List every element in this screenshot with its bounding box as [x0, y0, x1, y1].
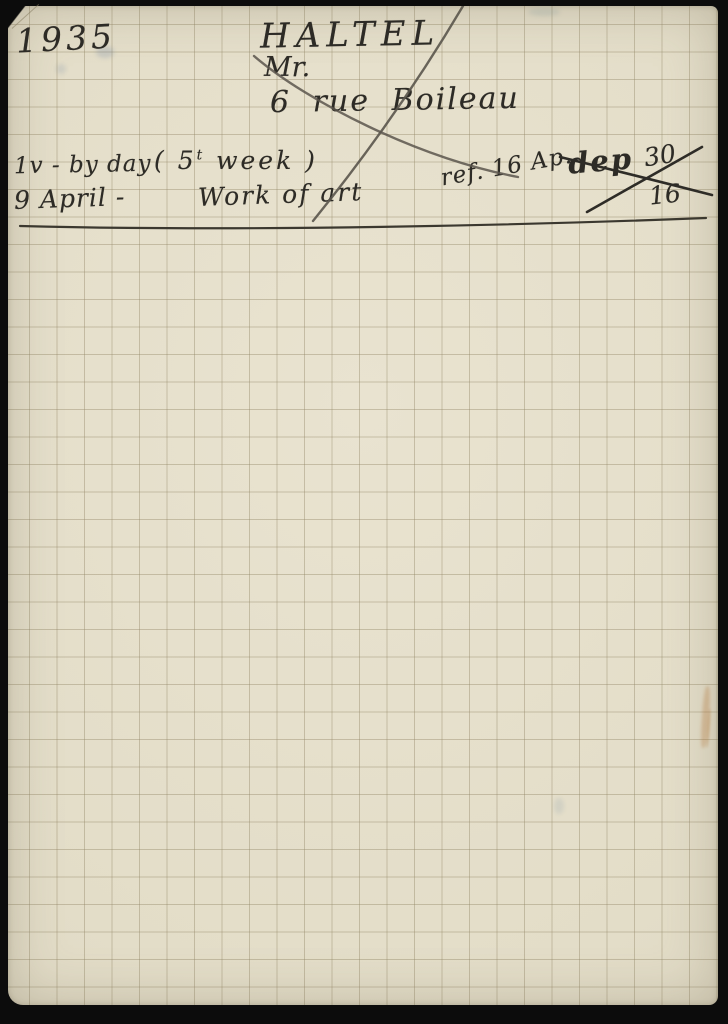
entry-underline [20, 218, 706, 228]
scan-background: { "card": { "year": "1935", "member_name… [0, 0, 728, 1024]
deposit-strike-line [560, 157, 712, 195]
annotation-strokes [8, 6, 718, 1005]
cancellation-stroke-flat [254, 56, 518, 177]
library-card: 1935 HALTEL Mr. 6 rue Boileau 1v - by da… [8, 6, 718, 1005]
fraction-slash [587, 147, 702, 212]
cancellation-stroke-steep [313, 6, 463, 221]
